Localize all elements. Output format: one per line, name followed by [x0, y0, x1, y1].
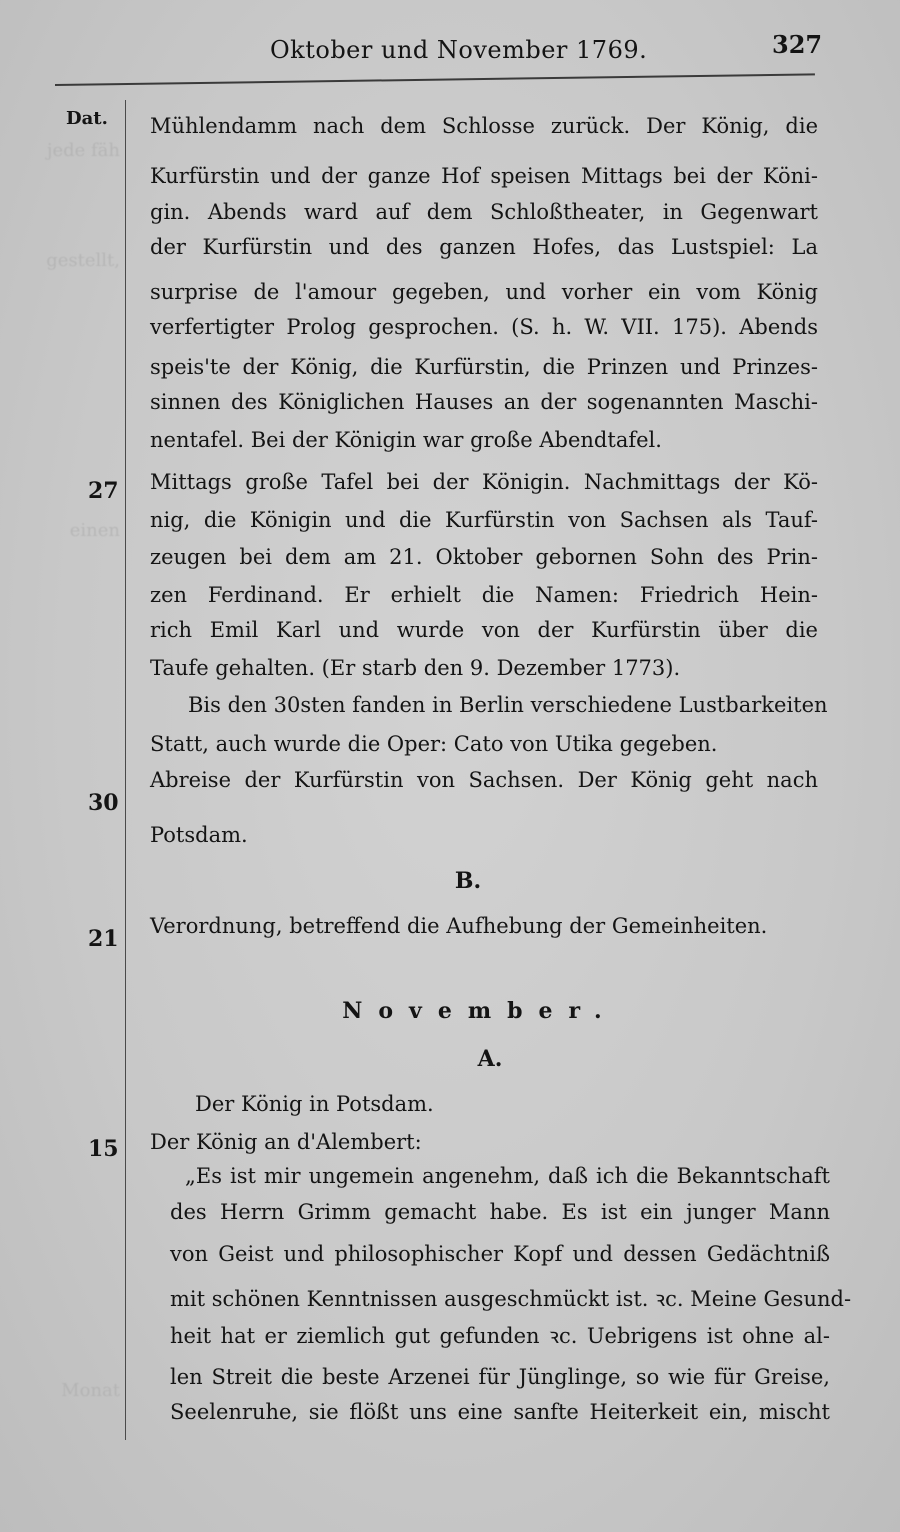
quote-line: len Streit die beste Arzenei für Jünglin…	[170, 1365, 830, 1389]
entry-date: 27	[88, 478, 119, 504]
quote-line: mit schönen Kenntnissen ausgeschmückt is…	[170, 1285, 830, 1313]
bleed-through-text: Monat	[30, 1380, 120, 1401]
quote-line: heit hat er ziemlich gut gefunden ꝛc. Ue…	[170, 1322, 830, 1350]
month-heading: November.	[30, 998, 900, 1024]
text-line: Kurfürstin und der ganze Hof speisen Mit…	[150, 164, 818, 188]
text-line: Taufe gehalten. (Er starb den 9. Dezembe…	[150, 656, 818, 680]
text-line: Bis den 30sten fanden in Berlin verschie…	[188, 693, 818, 717]
quote-line: Seelenruhe, sie flößt uns eine sanfte He…	[170, 1400, 830, 1424]
entry-date: 30	[88, 790, 119, 816]
date-column-rule	[125, 100, 126, 1440]
section-heading-a: A.	[40, 1046, 900, 1072]
text-line: surprise de l'amour gegeben, und vorher …	[150, 280, 818, 304]
text-line: der Kurfürstin und des ganzen Hofes, das…	[150, 235, 818, 259]
quote-line: „Es ist mir ungemein angenehm, daß ich d…	[185, 1164, 830, 1188]
text-line: Abreise der Kurfürstin von Sachsen. Der …	[150, 768, 818, 792]
text-line: Mittags große Tafel bei der Königin. Nac…	[150, 470, 818, 494]
date-column-label: Dat.	[66, 108, 108, 129]
section-heading-b: B.	[18, 868, 900, 894]
text-line: nentafel. Bei der Königin war große Aben…	[150, 428, 818, 452]
page-number: 327	[772, 30, 822, 59]
text-line: zeugen bei dem am 21. Oktober gebornen S…	[150, 545, 818, 569]
running-title: Oktober und November 1769.	[270, 36, 647, 64]
entry-date: 15	[88, 1136, 119, 1162]
text-line: sinnen des Königlichen Hauses an der sog…	[150, 390, 818, 414]
quote-line: von Geist und philosophischer Kopf und d…	[170, 1242, 830, 1266]
bleed-through-text: einen	[30, 520, 120, 541]
bleed-through-text: jede fäh	[30, 140, 120, 161]
text-line: Potsdam.	[150, 823, 818, 847]
text-line: gin. Abends ward auf dem Schloßtheater, …	[150, 200, 818, 224]
book-page: Oktober und November 1769. 327 Dat. jede…	[0, 0, 900, 1532]
text-line: Mühlendamm nach dem Schlosse zurück. Der…	[150, 114, 818, 138]
header-rule	[55, 73, 815, 86]
text-line: nig, die Königin und die Kurfürstin von …	[150, 508, 818, 532]
text-line: zen Ferdinand. Er erhielt die Namen: Fri…	[150, 583, 818, 607]
text-line: speis'te der König, die Kurfürstin, die …	[150, 355, 818, 379]
text-line: rich Emil Karl und wurde von der Kurfürs…	[150, 618, 818, 642]
text-line: Statt, auch wurde die Oper: Cato von Uti…	[150, 732, 818, 756]
quote-line: des Herrn Grimm gemacht habe. Es ist ein…	[170, 1200, 830, 1224]
bleed-through-text: gestellt,	[30, 250, 120, 271]
entry-date: 21	[88, 926, 119, 952]
section-intro: Der König in Potsdam.	[195, 1092, 835, 1116]
text-line: Verordnung, betreffend die Aufhebung der…	[150, 914, 818, 938]
text-line: Der König an d'Alembert:	[150, 1130, 818, 1154]
text-line: verfertigter Prolog gesprochen. (S. h. W…	[150, 315, 818, 339]
